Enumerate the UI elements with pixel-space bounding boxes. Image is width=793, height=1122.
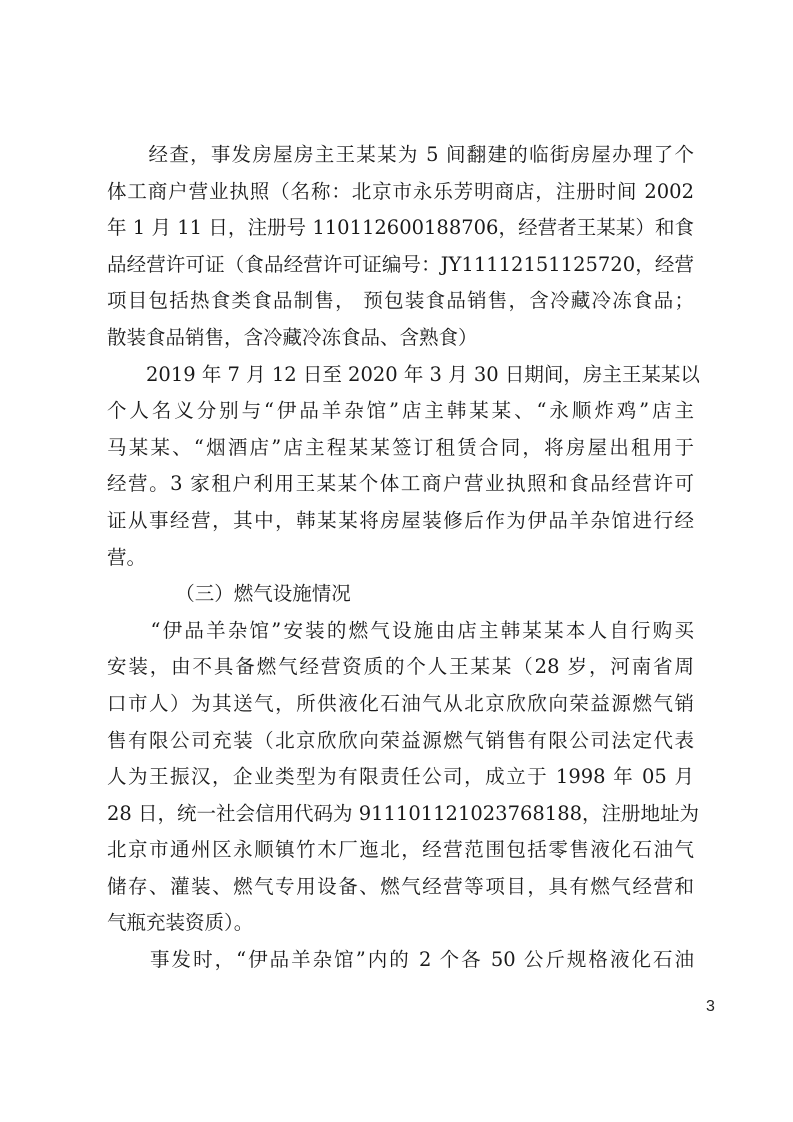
paragraph-gas-supply: “伊品羊杂馆”安装的燃气设施由店主韩某某本人自行购买 安装，由不具备燃气经营资质… (107, 613, 694, 942)
text-line: 年 1 月 11 日，注册号 110112600188706，经营者王某某）和食 (107, 210, 694, 247)
text-line: 散装食品销售，含冷藏冷冻食品、含熟食） (107, 320, 694, 357)
text-line: 售有限公司充装（北京欣欣向荣益源燃气销售有限公司法定代表 (107, 723, 694, 760)
text-line: 经营。3 家租户利用王某某个体工商户营业执照和食品经营许可 (107, 466, 694, 503)
text-line: 事发时，“伊品羊杂馆”内的 2 个各 50 公斤规格液化石油 (107, 942, 694, 979)
text-line: 28 日，统一社会信用代码为 911101121023768188，注册地址为 (107, 796, 694, 833)
paragraph-lease-contracts: 2019 年 7 月 12 日至 2020 年 3 月 30 日期间，房主王某某… (107, 357, 694, 577)
text-line: 个人名义分别与“伊品羊杂馆”店主韩某某、“永顺炸鸡”店主 (107, 393, 694, 430)
paragraph-business-license: 经查，事发房屋房主王某某为 5 间翻建的临街房屋办理了个 体工商户营业执照（名称… (107, 137, 694, 357)
page-number: 3 (706, 998, 715, 1016)
section-heading-gas-facilities: （三）燃气设施情况 (107, 576, 694, 613)
text-line: 项目包括热食类食品制售， 预包装食品销售，含冷藏冷冻食品； (107, 283, 694, 320)
text-line: 北京市通州区永顺镇竹木厂迤北，经营范围包括零售液化石油气 (107, 832, 694, 869)
text-line: 2019 年 7 月 12 日至 2020 年 3 月 30 日期间，房主王某某… (107, 357, 694, 394)
text-line: 经查，事发房屋房主王某某为 5 间翻建的临街房屋办理了个 (107, 137, 694, 174)
text-line: 证从事经营，其中，韩某某将房屋装修后作为伊品羊杂馆进行经 (107, 503, 694, 540)
text-line: 口市人）为其送气，所供液化石油气从北京欣欣向荣益源燃气销 (107, 686, 694, 723)
text-line: 安装，由不具备燃气经营资质的个人王某某（28 岁，河南省周 (107, 649, 694, 686)
text-line: 营。 (107, 540, 694, 577)
document-page: 经查，事发房屋房主王某某为 5 间翻建的临街房屋办理了个 体工商户营业执照（名称… (0, 0, 793, 1122)
text-line: 体工商户营业执照（名称：北京市永乐芳明商店，注册时间 2002 (107, 174, 694, 211)
text-line: 马某某、“烟酒店”店主程某某签订租赁合同，将房屋出租用于 (107, 430, 694, 467)
text-line: 品经营许可证（食品经营许可证编号：JY11112151125720，经营 (107, 247, 694, 284)
text-line: 储存、灌装、燃气专用设备、燃气经营等项目，具有燃气经营和 (107, 869, 694, 906)
text-line: “伊品羊杂馆”安装的燃气设施由店主韩某某本人自行购买 (107, 613, 694, 650)
text-line: 人为王振汉，企业类型为有限责任公司，成立于 1998 年 05 月 (107, 759, 694, 796)
paragraph-incident-cylinders: 事发时，“伊品羊杂馆”内的 2 个各 50 公斤规格液化石油 (107, 942, 694, 979)
heading-text: （三）燃气设施情况 (107, 576, 694, 613)
document-body: 经查，事发房屋房主王某某为 5 间翻建的临街房屋办理了个 体工商户营业执照（名称… (107, 137, 694, 979)
text-line: 气瓶充装资质）。 (107, 905, 694, 942)
